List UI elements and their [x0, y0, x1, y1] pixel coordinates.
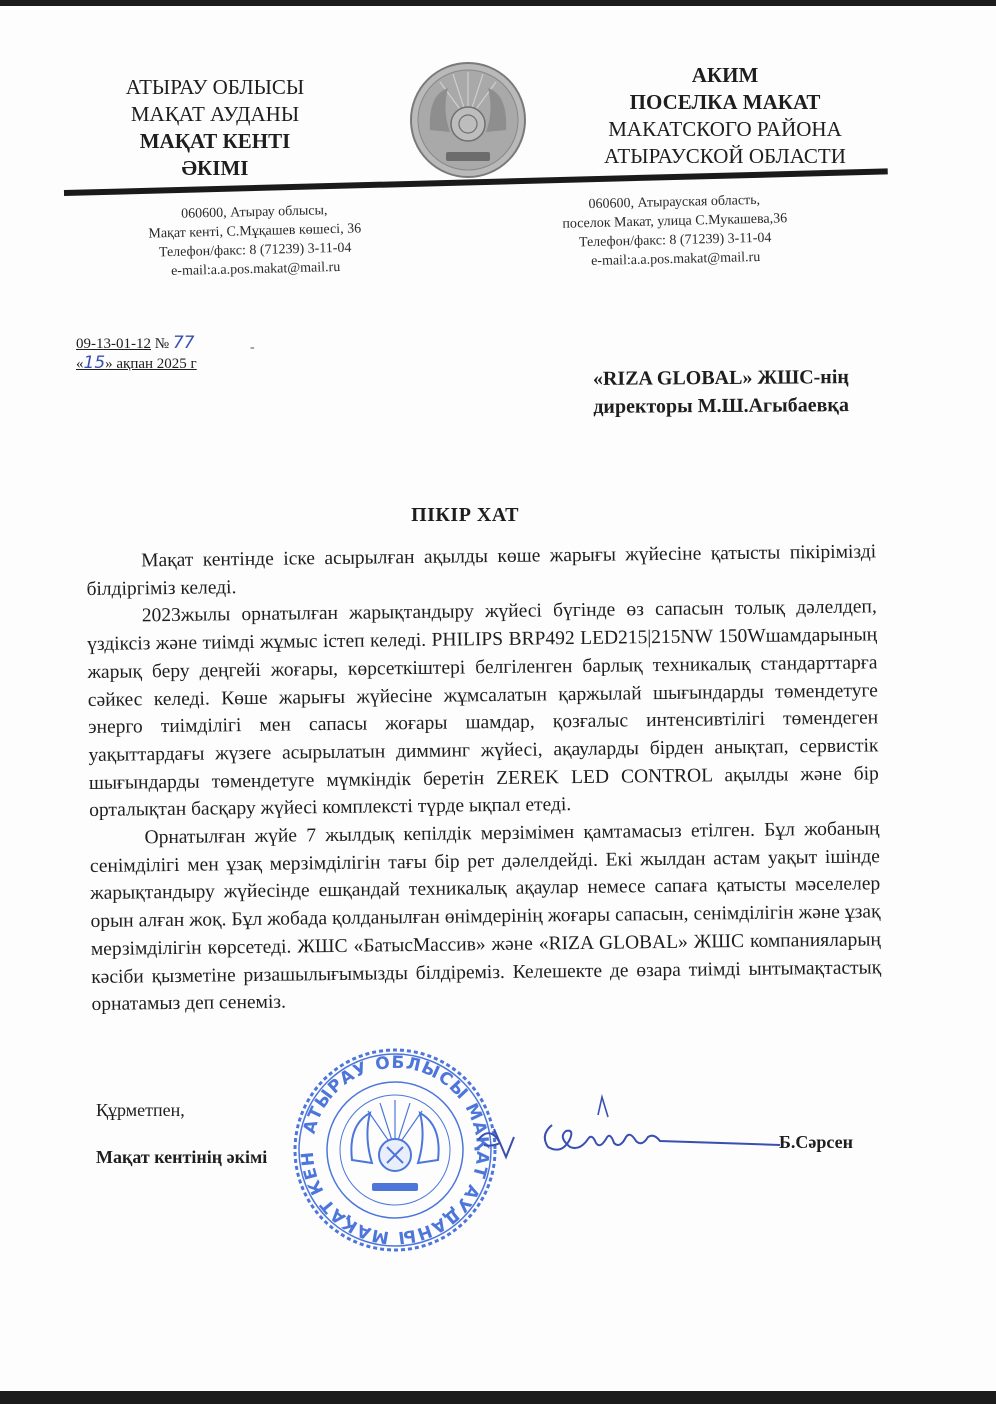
document-title: ПІКІР ХАТ: [0, 504, 930, 527]
stray-mark: -: [250, 340, 255, 356]
header-right-line3: МАКАТСКОГО РАЙОНА: [570, 116, 880, 143]
header-left-line1: АТЫРАУ ОБЛЫСЫ: [90, 74, 340, 101]
header-right-line1: АКИМ: [570, 62, 880, 89]
signer-title: Мақат кентінің әкімі: [96, 1147, 267, 1168]
reference-number-handwritten: 77: [173, 333, 195, 353]
number-sign: №: [155, 336, 169, 352]
top-frame-bar: [0, 0, 996, 6]
bottom-frame-bar: [0, 1391, 996, 1404]
header-right-line4: АТЫРАУСКОЙ ОБЛАСТИ: [570, 143, 880, 170]
reference-block: 09-13-01-12 № 77 «15» ақпан 2025 г: [76, 334, 197, 374]
header-left-kazakh: АТЫРАУ ОБЛЫСЫ МАҚАТ АУДАНЫ МАҚАТ КЕНТІ Ә…: [90, 74, 340, 182]
paragraph-1: Мақат кентінде іске асырылған ақылды көш…: [86, 538, 877, 603]
official-stamp-icon: АТЫРАУ ОБЛЫСЫ МАҚАТ АУДАНЫ МАҚАТ КЕНТІ Ә…: [290, 1045, 500, 1255]
reference-code: 09-13-01-12: [76, 336, 151, 352]
header-right-line2: ПОСЕЛКА МАКАТ: [570, 89, 880, 116]
addressee-line1: «RIZA GLOBAL» ЖШС-нің: [556, 363, 886, 393]
paragraph-2: 2023жылы орнатылған жарықтандыру жүйесі …: [87, 594, 880, 825]
date-quote-open: «: [76, 356, 84, 372]
handwritten-signature-icon: [470, 1085, 790, 1175]
header-left-line4: ӘКІМІ: [90, 155, 340, 182]
header-left-line2: МАҚАТ АУДАНЫ: [90, 101, 340, 128]
closing-regards: Құрметпен,: [96, 1100, 185, 1121]
signer-name: Б.Сәрсен: [779, 1132, 853, 1153]
address-left: 060600, Атырау облысы, Мақат кенті, С.Мұ…: [109, 199, 401, 282]
letter-body: Мақат кентінде іске асырылған ақылды көш…: [86, 538, 882, 1019]
header-left-line3: МАҚАТ КЕНТІ: [90, 128, 340, 155]
addressee-line2: директоры М.Ш.Агыбаевқа: [556, 391, 886, 421]
header-right-russian: АКИМ ПОСЕЛКА МАКАТ МАКАТСКОГО РАЙОНА АТЫ…: [570, 62, 880, 170]
address-right: 060600, Атырауская область, поселок Мака…: [524, 189, 826, 272]
addressee: «RIZA GLOBAL» ЖШС-нің директоры М.Ш.Агыб…: [556, 363, 886, 421]
paragraph-3: Орнатылған жүйе 7 жылдық кепілдік мерзім…: [89, 815, 881, 1019]
date-month-year: » ақпан 2025 г: [105, 356, 197, 372]
state-emblem-icon: [408, 60, 528, 180]
date-day-handwritten: 15: [84, 353, 106, 373]
